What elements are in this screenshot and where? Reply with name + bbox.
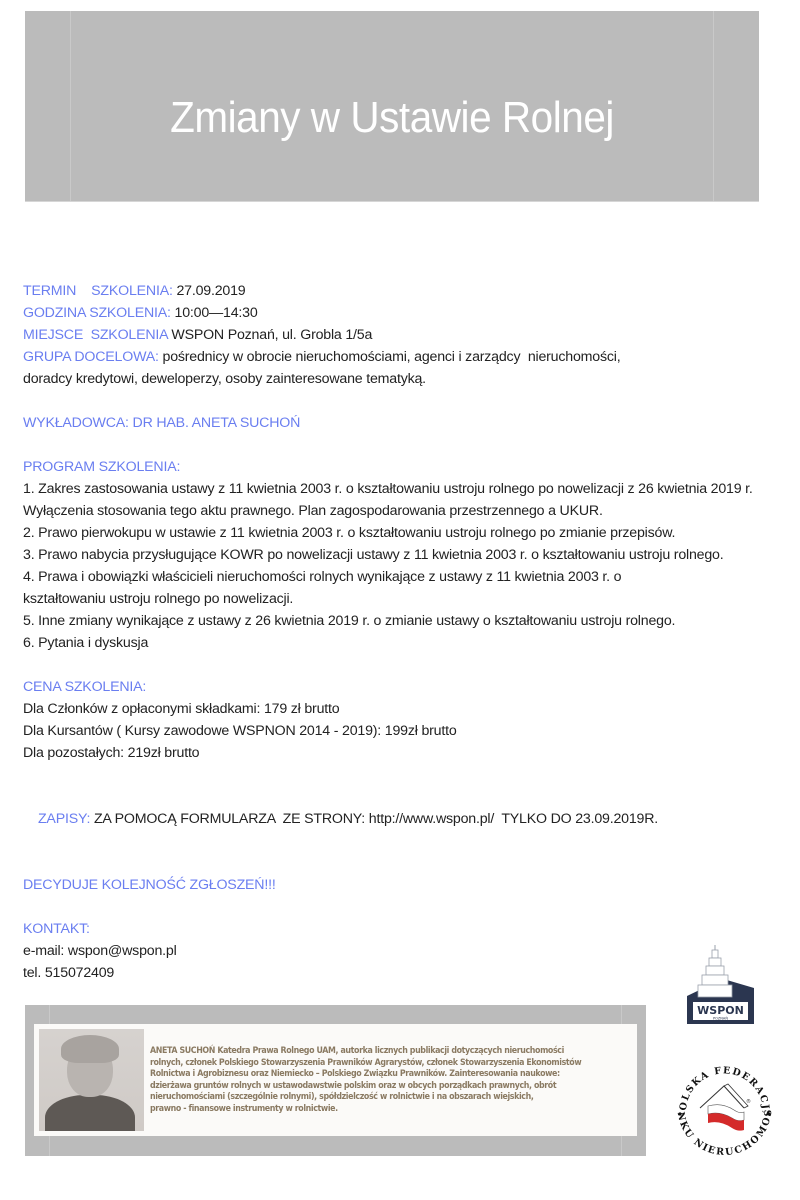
bio-line: nieruchomościami (szczególnie rolnymi), … [150, 1091, 636, 1103]
svg-text:®: ® [746, 1098, 751, 1105]
audience-row: GRUPA DOCELOWA: pośrednicy w obrocie nie… [23, 346, 783, 368]
price-item: Dla pozostałych: 219zł brutto [23, 742, 783, 764]
lecturer-photo [39, 1029, 144, 1131]
date-label: TERMIN SZKOLENIA: [23, 283, 173, 299]
bio-line: prawno - finansowe instrumenty w rolnict… [150, 1103, 636, 1115]
lecturer-bio: ANETA SUCHOŃ Katedra Prawa Rolnego UAM, … [150, 1045, 636, 1115]
program-item: 5. Inne zmiany wynikające z ustawy z 26 … [23, 610, 783, 632]
price-heading: CENA SZKOLENIA: [23, 676, 783, 698]
pfrn-logo: POLSKA FEDERACJA RYNKU NIERUCHOMOŚCI ® [672, 1056, 777, 1161]
place-label: MIEJSCE SZKOLENIA [23, 327, 168, 343]
lecturer-heading: WYKŁADOWCA: DR HAB. ANETA SUCHOŃ [23, 412, 783, 434]
time-label: GODZINA SZKOLENIA: [23, 305, 171, 321]
registration-text: ZA POMOCĄ FORMULARZA ZE STRONY: [94, 811, 369, 827]
registration-row: ZAPISY: ZA POMOCĄ FORMULARZA ZE STRONY: … [23, 786, 783, 852]
bio-line: rolnych, członek Polskiego Stowarzyszeni… [150, 1057, 636, 1069]
price-item: Dla Kursantów ( Kursy zawodowe WSPNON 20… [23, 720, 783, 742]
registration-link[interactable]: http://www.wspon.pl/ [369, 811, 494, 827]
bio-line: Rolnictwa i Agrobiznesu oraz Niemiecko –… [150, 1068, 636, 1080]
bio-line: ANETA SUCHOŃ Katedra Prawa Rolnego UAM, … [150, 1045, 636, 1057]
date-row: TERMIN SZKOLENIA: 27.09.2019 [23, 280, 783, 302]
federation-emblem-icon: POLSKA FEDERACJA RYNKU NIERUCHOMOŚCI ® [672, 1056, 777, 1161]
page-title: Zmiany w Ustawie Rolnej [54, 93, 729, 143]
svg-text:POZNAŃ: POZNAŃ [713, 1016, 728, 1021]
price-item: Dla Członków z opłaconymi składkami: 179… [23, 698, 783, 720]
program-heading: PROGRAM SZKOLENIA: [23, 456, 783, 478]
time-value: 10:00—14:30 [175, 305, 258, 321]
bio-line: dzierżawa gruntów rolnych w ustawodawstw… [150, 1080, 636, 1092]
registration-label: ZAPISY: [38, 811, 90, 827]
program-item: 6. Pytania i dyskusja [23, 632, 783, 654]
title-banner: Zmiany w Ustawie Rolnej [25, 11, 759, 202]
audience-value-continued: doradcy kredytowi, deweloperzy, osoby za… [23, 368, 783, 390]
order-notice: DECYDUJE KOLEJNOŚĆ ZGŁOSZEŃ!!! [23, 874, 783, 896]
bio-card: ANETA SUCHOŃ Katedra Prawa Rolnego UAM, … [34, 1024, 637, 1136]
date-value: 27.09.2019 [176, 283, 245, 299]
svg-text:POLSKA FEDERACJA: POLSKA FEDERACJA [672, 1056, 771, 1111]
program-item: 1. Zakres zastosowania ustawy z 11 kwiet… [23, 478, 783, 522]
contact-heading: KONTAKT: [23, 918, 783, 940]
program-item: 2. Prawo pierwokupu w ustawie z 11 kwiet… [23, 522, 783, 544]
place-value: WSPON Poznań, ul. Grobla 1/5a [171, 327, 372, 343]
contact-phone: tel. 515072409 [23, 962, 783, 984]
time-row: GODZINA SZKOLENIA: 10:00—14:30 [23, 302, 783, 324]
wspon-logo: WSPON POZNAŃ [682, 944, 758, 1028]
place-row: MIEJSCE SZKOLENIA WSPON Poznań, ul. Grob… [23, 324, 783, 346]
svg-text:WSPON: WSPON [697, 1004, 744, 1017]
event-details: TERMIN SZKOLENIA: 27.09.2019 GODZINA SZK… [23, 280, 783, 984]
program-item: 3. Prawo nabycia przysługujące KOWR po n… [23, 544, 743, 566]
contact-email[interactable]: e-mail: wspon@wspon.pl [23, 940, 783, 962]
program-item: 4. Prawa i obowiązki właścicieli nieruch… [23, 566, 703, 610]
audience-value: pośrednicy w obrocie nieruchomościami, a… [163, 349, 621, 365]
audience-label: GRUPA DOCELOWA: [23, 349, 159, 365]
lecturer-bio-panel: ANETA SUCHOŃ Katedra Prawa Rolnego UAM, … [25, 1005, 646, 1156]
wspon-tower-icon: WSPON POZNAŃ [682, 944, 758, 1028]
registration-deadline: TYLKO DO 23.09.2019R. [494, 811, 658, 827]
